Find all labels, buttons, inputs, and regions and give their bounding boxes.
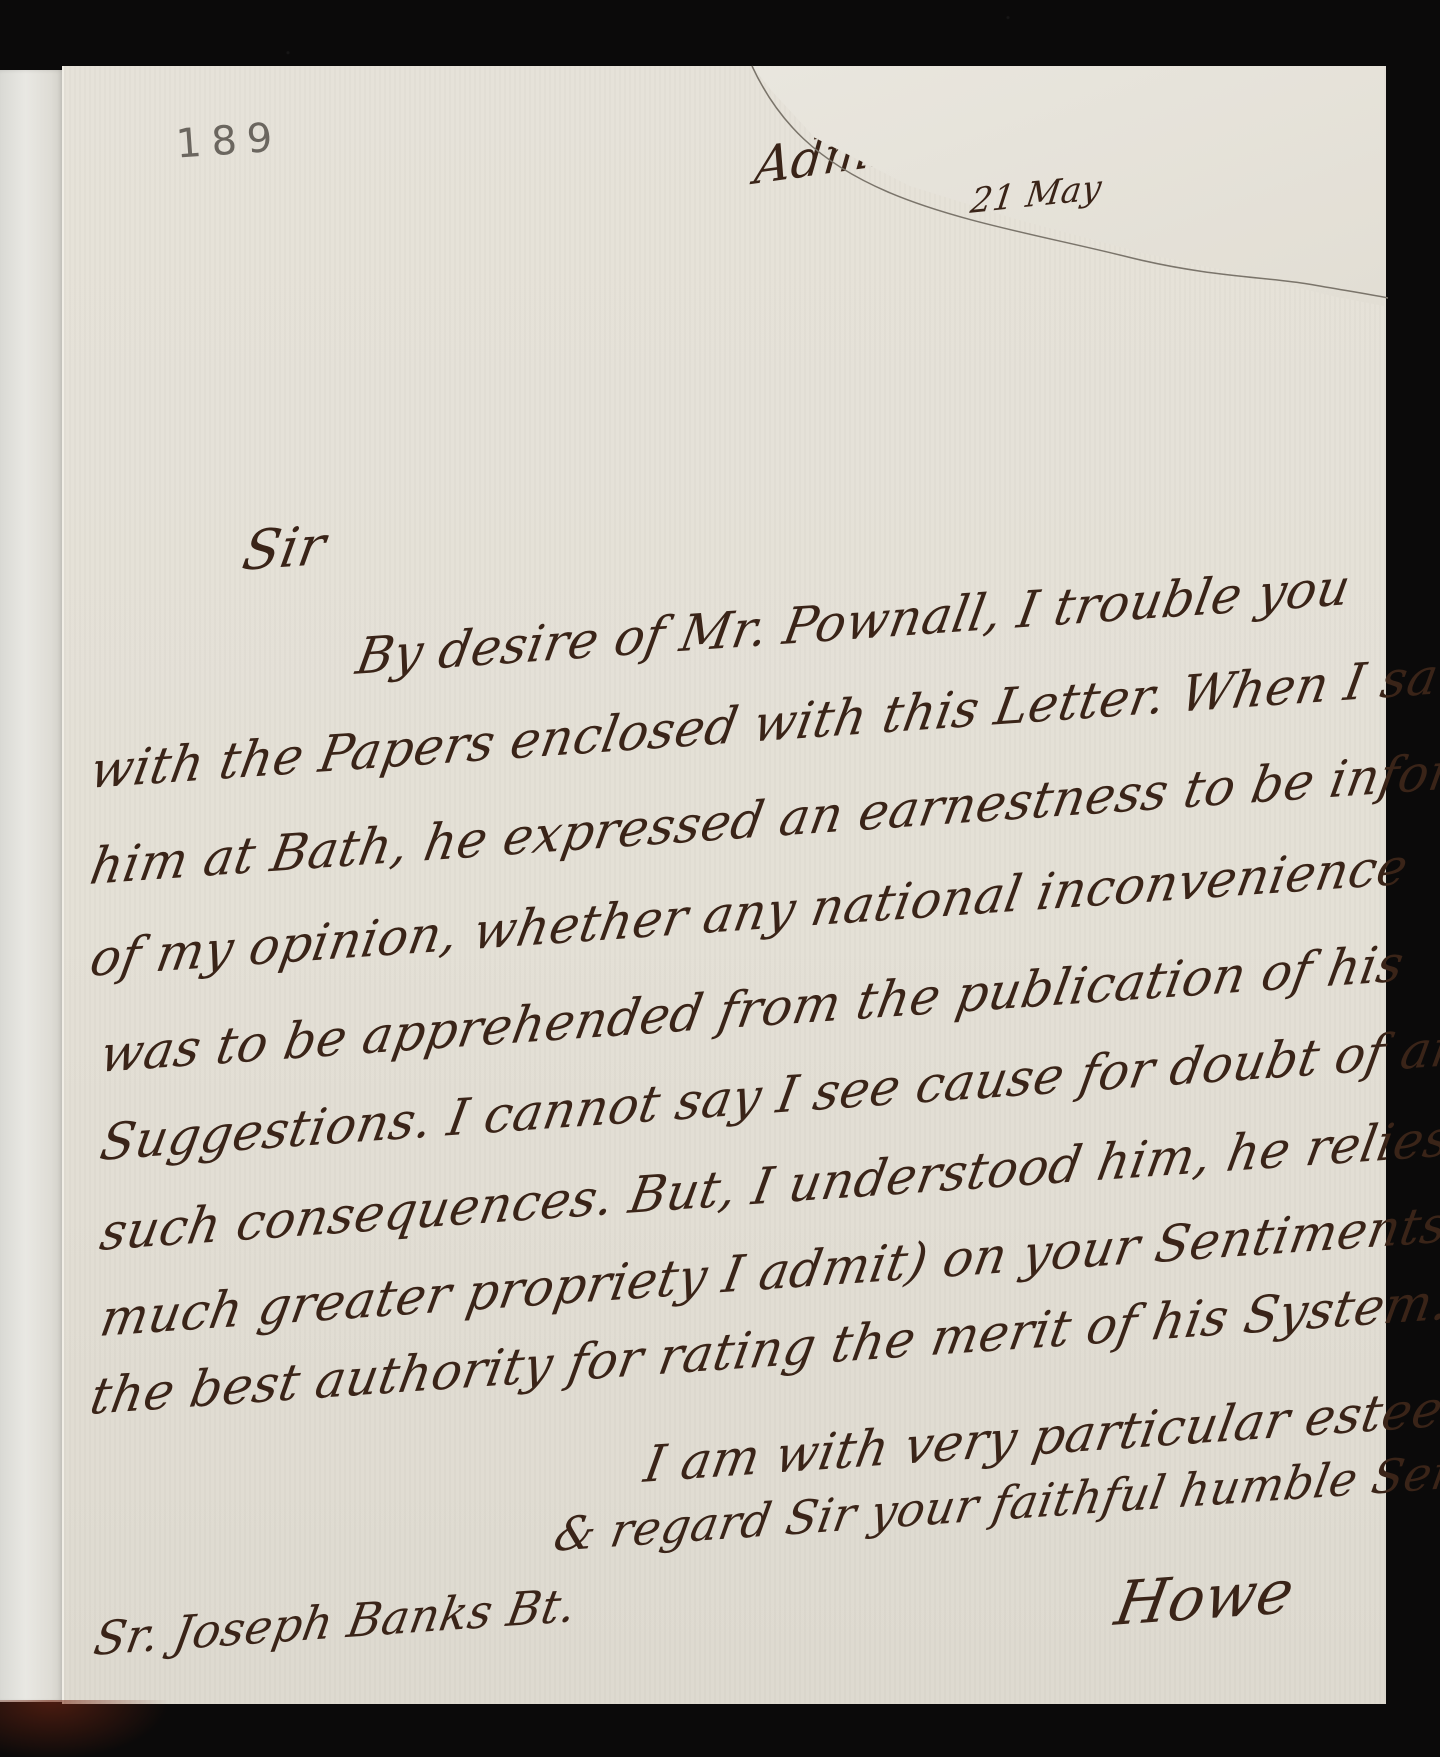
signature: Howe	[1110, 1557, 1299, 1640]
folio-number: 189	[175, 114, 284, 167]
salutation: Sir	[238, 513, 331, 583]
adjacent-page-edge	[0, 70, 64, 1702]
edge-stain	[0, 1700, 170, 1757]
